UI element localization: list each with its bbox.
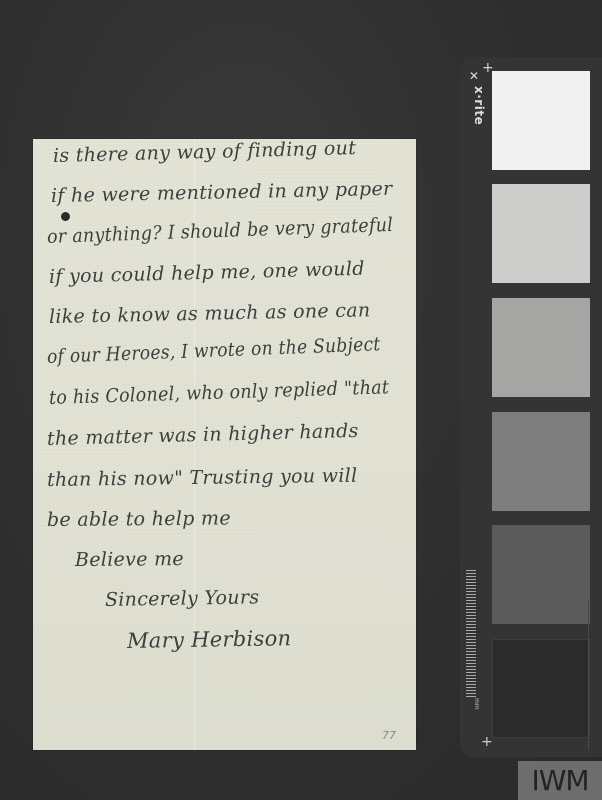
letter-line: of our Heroes, I wrote on the Subject [47,333,381,368]
gray-patch-mid-light [492,298,590,397]
letter-line: or anything? I should be very grateful [47,214,394,248]
iwm-watermark: IWM [518,761,602,800]
letter-line: be able to help me [47,507,231,531]
xrite-logo: ✕ x·rite [462,70,486,130]
letter-line: to his Colonel, who only replied "that [49,376,390,409]
scale-ruler [466,570,476,698]
letter-line: is there any way of finding out [53,137,357,167]
page-number: 77 [382,729,396,742]
gray-patch-white [492,71,590,170]
letter-page: is there any way of finding out if he we… [33,139,416,750]
xrite-brand-text: x·rite [462,86,486,126]
ruler-unit-label: mm [473,698,480,710]
gray-patch-mid [492,412,590,511]
signature: Mary Herbison [127,626,292,653]
xrite-logo-icon: ✕ [468,70,480,82]
punch-hole [61,212,70,221]
gray-patch-light [492,184,590,283]
letter-line: like to know as much as one can [49,299,371,328]
closing-line: Believe me [75,548,184,571]
closing-line: Sincerely Yours [105,586,260,611]
letter-line: if you could help me, one would [49,258,365,288]
letter-line: the matter was in higher hands [47,420,359,450]
chart-card-edge [588,600,589,750]
crosshair-icon: + [481,737,492,748]
gray-patch-black [492,639,590,738]
letter-line: than his now" Trusting you will [47,465,358,491]
letter-line: if he were mentioned in any paper [51,178,393,207]
gray-patch-dark [492,525,590,624]
